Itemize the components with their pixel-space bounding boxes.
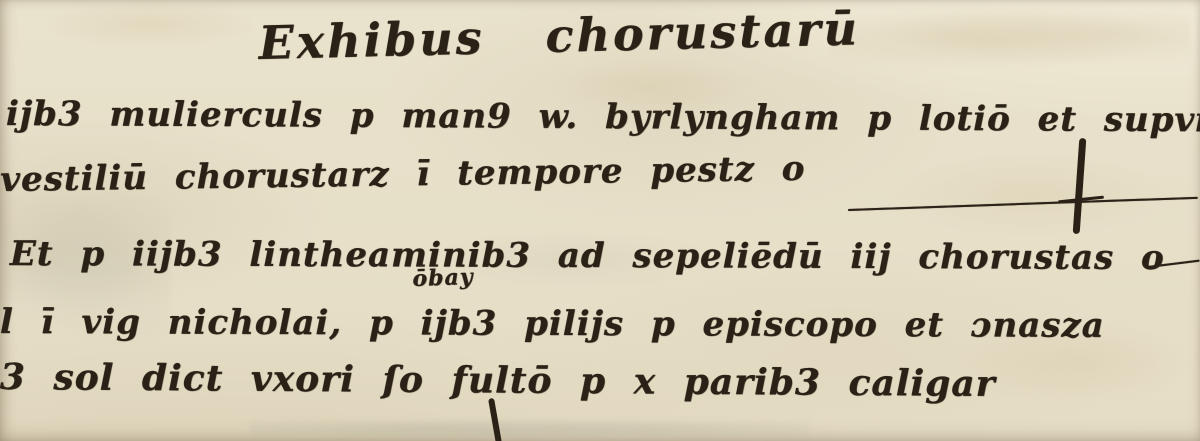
bleed-through-mark bbox=[40, 0, 260, 48]
manuscript-line: 3 sol dict vxori ſo fultō p x parib3 cal… bbox=[0, 356, 996, 405]
manuscript-line: ijb3 mulierculs p man9 w. byrlyngham p l… bbox=[6, 94, 1200, 140]
bleed-through-mark bbox=[880, 150, 1180, 240]
manuscript-heading: Exhibus chorustarū bbox=[258, 1, 861, 70]
parchment-page: Exhibus chorustarū ijb3 mulierculs p man… bbox=[0, 0, 1200, 441]
manuscript-line: l ī vig nicholai, p ijb3 pilijs p episco… bbox=[0, 302, 1105, 346]
bleed-through-mark bbox=[250, 415, 810, 441]
interlinear-insertion: ōbay bbox=[412, 264, 474, 292]
manuscript-line: vestiliū chorustarz ī tempore pestz o bbox=[0, 149, 806, 200]
manuscript-line: Et p iijb3 lintheaminib3 ad sepeliēdū ii… bbox=[10, 234, 1165, 278]
bleed-through-mark bbox=[830, 0, 1190, 74]
ink-rule-filler bbox=[848, 197, 1198, 212]
ink-flourish bbox=[488, 398, 502, 441]
ink-flourish bbox=[1073, 138, 1087, 234]
